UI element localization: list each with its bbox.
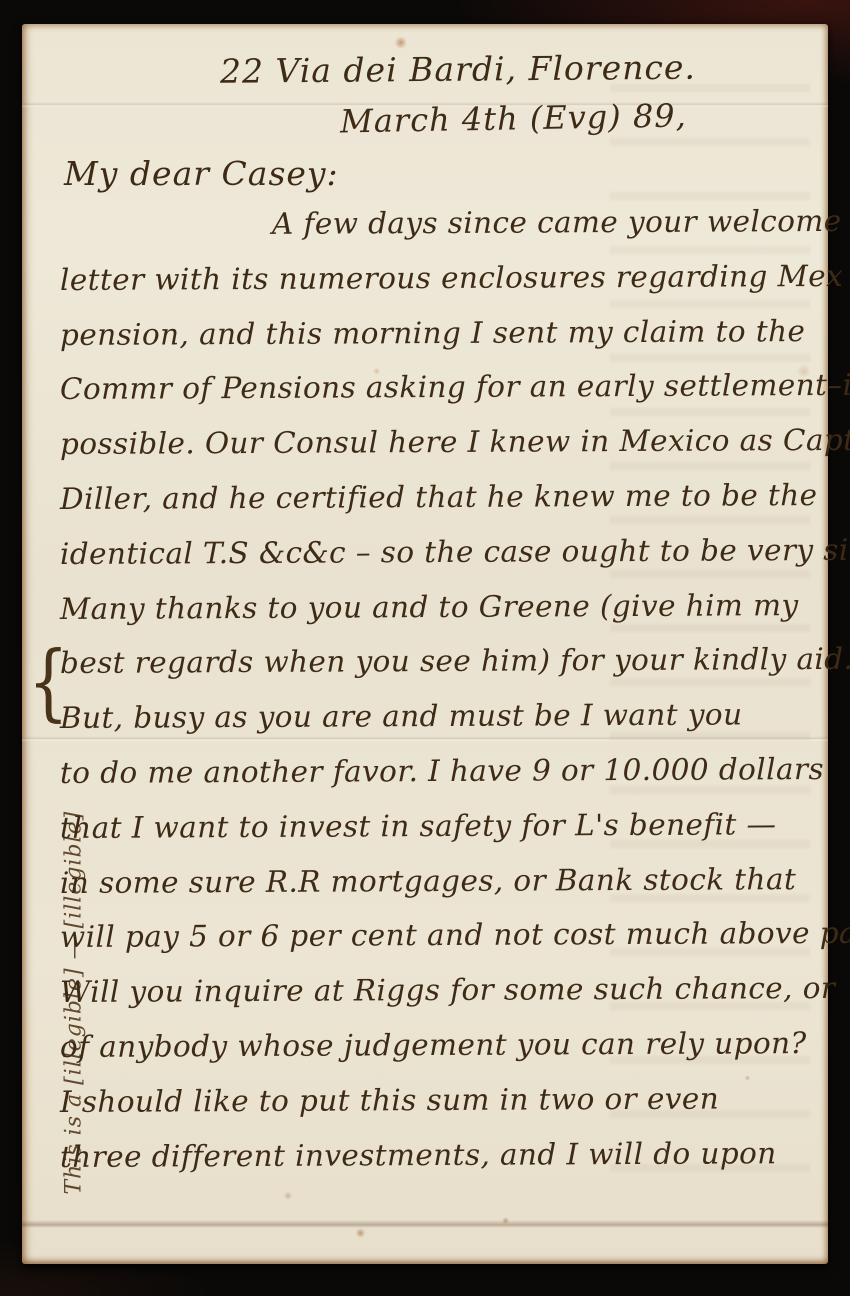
letter-line: possible. Our Consul here I knew in Mexi… [60,413,820,472]
letter-line: identical T.S &c&c – so the case ought t… [60,523,820,582]
date-line: March 4th (Evg) 89, [22,94,829,146]
letter-line: Will you inquire at Riggs for some such … [60,961,820,1020]
letter-line: best regards when you see him) for your … [60,632,820,691]
scanned-letter-photo: { "letter": { "heading": { "address": "2… [0,0,850,1296]
letter-line: But, busy as you are and must be I want … [60,687,820,746]
letter-heading: 22 Via dei Bardi, Florence. March 4th (E… [22,50,828,139]
letter-line: three different investments, and I will … [60,1126,820,1185]
letter-line: Commr of Pensions asking for an early se… [60,358,820,417]
letter-line: in some sure R.R mortgages, or Bank stoc… [60,852,820,911]
fold-crease [22,1220,828,1228]
letter-line: will pay 5 or 6 per cent and not cost mu… [60,906,820,965]
letter-body: A few days since came your welcome lette… [60,196,820,1182]
letter-line: pension, and this morning I sent my clai… [60,304,820,363]
address-line: 22 Via dei Bardi, Florence. [22,46,828,92]
letter-page: 22 Via dei Bardi, Florence. March 4th (E… [22,24,828,1264]
letter-line: letter with its numerous enclosures rega… [60,249,820,308]
letter-line: to do me another favor. I have 9 or 10.0… [60,742,820,801]
salutation: My dear Casey: [64,154,339,193]
letter-line: of anybody whose judgement you can rely … [60,1016,820,1075]
letter-line: I should like to put this sum in two or … [60,1071,820,1130]
letter-line: Diller, and he certified that he knew me… [60,468,820,527]
letter-line: A few days since came your welcome [60,194,820,253]
letter-line: that I want to invest in safety for L's … [60,797,820,856]
letter-line: Many thanks to you and to Greene (give h… [60,578,820,637]
